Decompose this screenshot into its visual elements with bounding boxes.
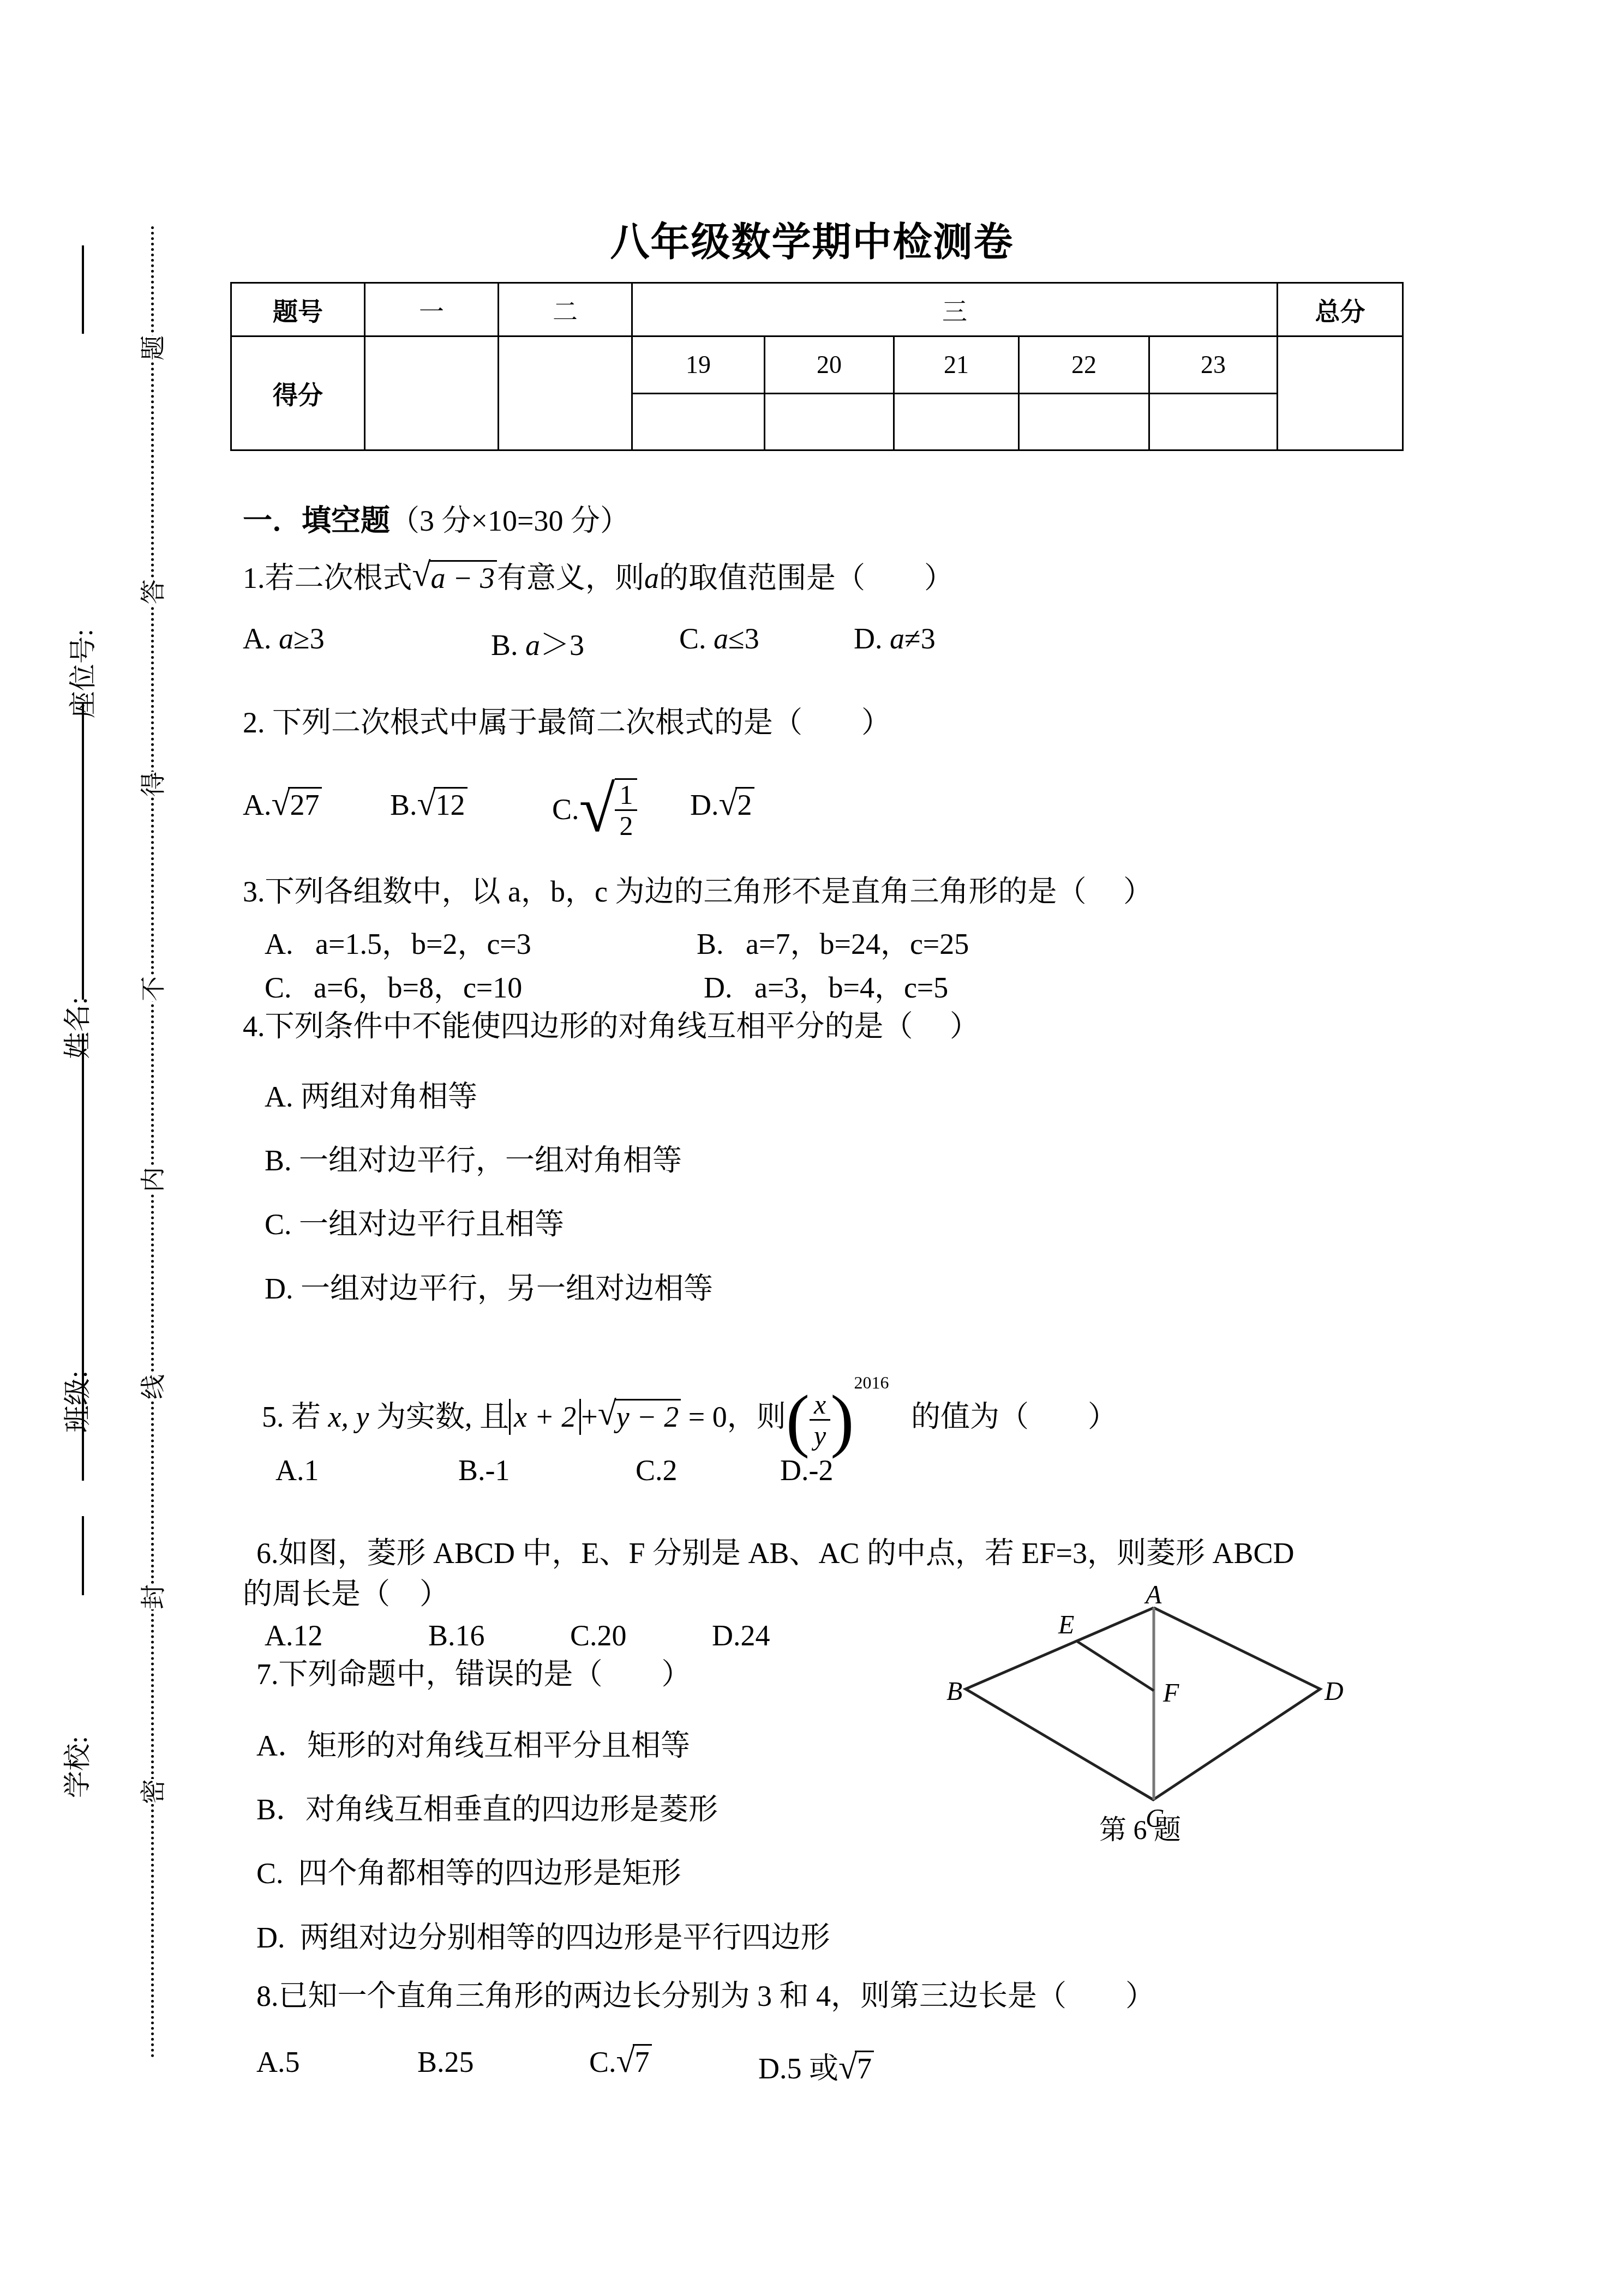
option-label: B.: [491, 629, 518, 662]
right-paren: ): [830, 1381, 854, 1459]
point-label-d: D: [1324, 1677, 1344, 1706]
sqrt-expression: 2: [719, 788, 754, 822]
q2-option-d[interactable]: D.2: [690, 788, 754, 822]
question-number: 3.: [243, 875, 265, 908]
score-cell-21[interactable]: [894, 393, 1019, 450]
q4-option-b[interactable]: B. 一组对边平行，一组对角相等: [265, 1137, 682, 1179]
option-text: 两组对角相等: [301, 1080, 477, 1113]
variable: a: [714, 622, 728, 655]
q4-option-c[interactable]: C. 一组对边平行且相等: [265, 1201, 564, 1243]
radicand: a − 3: [429, 560, 497, 594]
question-3: 3.下列各组数中，以 a，b，c 为边的三角形不是直角三角形的是（ ）: [243, 875, 1153, 908]
option-text: ≥3: [293, 622, 325, 655]
seal-char: 线: [141, 1374, 166, 1399]
q1-option-b[interactable]: B. a＞3: [491, 622, 584, 664]
q3-option-a[interactable]: A. a=1.5，b=2，c=3: [265, 921, 531, 963]
question-text: 为实数, 且: [376, 1401, 509, 1433]
sub-question-20: 20: [765, 336, 894, 393]
sqrt-expression: 7: [838, 2052, 874, 2085]
option-label: D.: [854, 622, 883, 655]
plus-sign: +: [581, 1401, 597, 1433]
option-label: D.: [256, 1921, 285, 1954]
score-cell-23[interactable]: [1149, 393, 1278, 450]
q3-option-d[interactable]: D. a=3，b=4，c=5: [704, 964, 948, 1006]
header-section-3: 三: [632, 283, 1278, 336]
option-text: ≤3: [728, 622, 759, 655]
question-text: 如图，菱形 ABCD 中，E、F 分别是 AB、AC 的中点，若 EF=3，则菱…: [279, 1537, 1295, 1570]
score-cell-total[interactable]: [1278, 336, 1403, 450]
option-label: A.: [265, 928, 293, 960]
radicand: 27: [288, 787, 322, 821]
sqrt-sign-icon: √: [579, 773, 615, 845]
option-text: 5: [285, 2046, 300, 2078]
sub-question-23: 23: [1149, 336, 1278, 393]
option-text: -2: [809, 1454, 834, 1487]
option-label: A.: [265, 1619, 293, 1652]
option-label: B.: [417, 2046, 445, 2078]
q5-option-b[interactable]: B.-1: [458, 1453, 510, 1487]
variable: a: [525, 629, 540, 662]
question-number: 2.: [243, 706, 265, 739]
sqrt-expression: 7: [616, 2045, 652, 2079]
q4-option-a[interactable]: A. 两组对角相等: [265, 1073, 477, 1115]
q1-option-d[interactable]: D. a≠3: [854, 622, 936, 656]
question-number: 7.: [256, 1658, 279, 1691]
question-text: = 0，则: [688, 1401, 786, 1433]
question-2: 2. 下列二次根式中属于最简二次根式的是（ ）: [243, 706, 891, 739]
variables: x, y: [328, 1401, 369, 1433]
left-paren: (: [786, 1381, 810, 1459]
fraction: 12: [615, 778, 637, 840]
option-label: D.: [758, 2052, 787, 2085]
seal-char: 得: [141, 772, 166, 797]
question-text: 下列二次根式中属于最简二次根式的是（ ）: [272, 706, 891, 739]
question-6: 6.如图，菱形 ABCD 中，E、F 分别是 AB、AC 的中点，若 EF=3，…: [256, 1537, 1295, 1570]
seal-char: 密: [141, 1779, 166, 1804]
q3-option-b[interactable]: B. a=7，b=24，c=25: [697, 921, 969, 963]
q2-option-b[interactable]: B.12: [390, 788, 468, 822]
question-8: 8.已知一个直角三角形的两边长分别为 3 和 4，则第三边长是（ ）: [256, 1980, 1155, 2012]
option-label: C.: [552, 793, 579, 826]
figure-caption: 第 6 题: [1099, 1808, 1181, 1847]
option-label: C.: [265, 1208, 292, 1241]
option-text: ＞3: [540, 629, 584, 662]
q7-option-a[interactable]: A．矩形的对角线互相平分且相等: [256, 1722, 690, 1764]
q7-option-c[interactable]: C. 四个角都相等的四边形是矩形: [256, 1850, 681, 1892]
question-number: 5.: [262, 1401, 284, 1433]
q5-option-a[interactable]: A.1: [275, 1453, 319, 1487]
option-text: a=3，b=4，c=5: [754, 971, 948, 1004]
seal-char: 不: [141, 976, 166, 1001]
option-label: C.: [636, 1454, 663, 1487]
q1-option-a[interactable]: A. a≥3: [243, 622, 325, 656]
question-number: 8.: [256, 1980, 279, 2012]
numerator: x: [810, 1390, 830, 1421]
option-label: B.: [697, 928, 724, 960]
seal-char: 题: [141, 335, 166, 360]
q8-option-b[interactable]: B.25: [417, 2045, 474, 2079]
option-text: 24: [741, 1619, 770, 1652]
q2-option-c[interactable]: C.√12: [552, 772, 637, 847]
question-text: 下列命题中，错误的是（ ）: [279, 1658, 691, 1691]
option-text: 矩形的对角线互相平分且相等: [307, 1729, 690, 1762]
option-text: 一组对边平行，一组对角相等: [299, 1144, 682, 1177]
section-score-note: （3 分×10=30 分）: [390, 504, 630, 537]
q5-option-c[interactable]: C.2: [636, 1453, 678, 1487]
question-6-line-2: 的周长是（ ）: [243, 1578, 449, 1610]
option-label: D.: [780, 1454, 809, 1487]
question-number: 1.: [243, 562, 265, 594]
question-7: 7.下列命题中，错误的是（ ）: [256, 1658, 691, 1691]
option-text: 对角线互相垂直的四边形是菱形: [305, 1793, 718, 1826]
fraction: xy: [810, 1390, 830, 1450]
point-label-a: A: [1144, 1580, 1162, 1609]
option-text: 2: [663, 1454, 678, 1487]
sub-question-21: 21: [894, 336, 1019, 393]
q3-option-c[interactable]: C. a=6，b=8，c=10: [265, 964, 522, 1006]
option-text: a=1.5，b=2，c=3: [315, 928, 531, 960]
q8-option-c[interactable]: C.7: [589, 2045, 652, 2079]
option-label: A.: [243, 789, 272, 821]
option-label: A．: [256, 1729, 307, 1762]
point-label-b: B: [946, 1677, 962, 1706]
name-line[interactable]: [82, 702, 84, 1000]
score-table: 题号 一 二 三 总分 得分 19 20 21 22 23: [230, 282, 1404, 451]
option-label: C.: [589, 2046, 616, 2078]
option-label: D.: [712, 1619, 741, 1652]
variable: a: [644, 562, 659, 594]
exponent: 2016: [854, 1373, 889, 1392]
question-text: 的取值范围是（ ）: [659, 562, 954, 594]
question-text: 下列各组数中，以 a，b，c 为边的三角形不是直角三角形的是（ ）: [265, 875, 1153, 908]
segment-ef: [1077, 1642, 1154, 1691]
option-label: D.: [690, 789, 719, 821]
q4-option-d[interactable]: D. 一组对边平行，另一组对边相等: [265, 1265, 713, 1307]
seal-char: 内: [141, 1167, 166, 1192]
seal-char: 答: [141, 579, 166, 604]
option-text: 5 或: [787, 2052, 839, 2085]
q7-option-d[interactable]: D. 两组对边分别相等的四边形是平行四边形: [256, 1914, 830, 1956]
sub-question-22: 22: [1019, 336, 1149, 393]
sqrt-expression: a − 3: [412, 562, 497, 594]
option-label: C.: [265, 971, 292, 1004]
question-5: 5. 若 x, y 为实数, 且x + 2+y − 2 = 0，则(xy)201…: [262, 1344, 1117, 1456]
sqrt-expression: 27: [272, 788, 322, 822]
radicand: y − 2: [614, 1399, 681, 1433]
option-label: D.: [265, 1272, 293, 1305]
option-text: 四个角都相等的四边形是矩形: [298, 1857, 681, 1890]
score-cell-section-2[interactable]: [499, 336, 632, 450]
sqrt-expression: y − 2: [598, 1379, 681, 1455]
score-label: 得分: [231, 336, 365, 450]
question-number: 6.: [256, 1537, 279, 1570]
option-text: 25: [445, 2046, 474, 2078]
option-label: B.: [458, 1454, 486, 1487]
denominator: 2: [619, 811, 633, 840]
header-total: 总分: [1278, 283, 1403, 336]
option-label: C.: [570, 1619, 597, 1652]
q6-option-c[interactable]: C.20: [570, 1619, 627, 1652]
q2-option-a[interactable]: A.27: [243, 788, 322, 822]
absolute-value: x + 2: [509, 1399, 581, 1435]
q1-option-c[interactable]: C. a≤3: [679, 622, 759, 656]
option-label: A.: [265, 1080, 293, 1113]
question-text: 下列条件中不能使四边形的对角线互相平分的是（ ）: [265, 1010, 980, 1043]
seal-char: 封: [141, 1584, 166, 1609]
q6-option-b[interactable]: B.16: [428, 1619, 485, 1652]
option-text: -1: [486, 1454, 510, 1487]
sub-question-19: 19: [632, 336, 765, 393]
class-line[interactable]: [82, 1516, 84, 1595]
radicand: 12: [434, 787, 468, 821]
score-cell-19[interactable]: [632, 393, 765, 450]
score-cell-section-1[interactable]: [365, 336, 499, 450]
point-label-e: E: [1058, 1610, 1074, 1639]
option-label: B．: [256, 1793, 305, 1826]
option-text: ≠3: [904, 622, 936, 655]
option-text: 16: [456, 1619, 485, 1652]
option-text: 一组对边平行且相等: [299, 1208, 564, 1241]
q7-option-b[interactable]: B．对角线互相垂直的四边形是菱形: [256, 1786, 718, 1828]
question-4: 4.下列条件中不能使四边形的对角线互相平分的是（ ）: [243, 1010, 979, 1043]
score-cell-22[interactable]: [1019, 393, 1149, 450]
score-cell-20[interactable]: [765, 393, 894, 450]
option-text: 一组对边平行，另一组对边相等: [301, 1272, 713, 1305]
option-label: B.: [428, 1619, 456, 1652]
sqrt-expression: 12: [417, 788, 468, 822]
option-label: A.: [256, 2046, 285, 2078]
point-label-f: F: [1162, 1679, 1179, 1708]
radicand: 7: [633, 2044, 652, 2078]
option-text: 1: [304, 1454, 319, 1487]
option-label: B.: [265, 1144, 292, 1177]
q5-option-d[interactable]: D.-2: [780, 1453, 833, 1487]
option-label: B.: [390, 789, 417, 821]
option-text: 两组对边分别相等的四边形是平行四边形: [300, 1921, 830, 1954]
numerator: 1: [615, 780, 637, 811]
page-title: 八年级数学期中检测卷: [0, 210, 1624, 267]
variable: a: [279, 622, 293, 655]
section-heading: 一．填空题（3 分×10=30 分）: [243, 497, 630, 539]
q6-option-a[interactable]: A.12: [265, 1619, 323, 1652]
q6-option-d[interactable]: D.24: [712, 1619, 770, 1652]
option-text: 12: [293, 1619, 323, 1652]
option-text: a=7，b=24，c=25: [746, 928, 969, 960]
option-label: C.: [256, 1857, 284, 1890]
class-label: 班级:: [64, 1371, 91, 1433]
radicand: 2: [735, 787, 754, 821]
denominator: y: [814, 1421, 826, 1450]
question-text: 已知一个直角三角形的两边长分别为 3 和 4，则第三边长是（ ）: [279, 1980, 1155, 2012]
q8-option-d[interactable]: D.5 或7: [758, 2045, 874, 2087]
question-text: 若: [291, 1401, 321, 1433]
name-label: 姓名:: [64, 997, 91, 1059]
header-label: 题号: [231, 283, 365, 336]
q8-option-a[interactable]: A.5: [256, 2045, 300, 2079]
header-section-2: 二: [499, 283, 632, 336]
option-label: C.: [679, 622, 706, 655]
option-label: D.: [704, 971, 733, 1004]
rhombus-abcd: [966, 1608, 1320, 1800]
radicand: 7: [855, 2051, 874, 2085]
option-label: A.: [275, 1454, 304, 1487]
option-label: A.: [243, 622, 272, 655]
option-text: 20: [597, 1619, 627, 1652]
header-section-1: 一: [365, 283, 499, 336]
school-label: 学校:: [64, 1736, 91, 1798]
question-text: 有意义，则: [497, 562, 644, 594]
question-1: 1.若二次根式a − 3有意义，则a的取值范围是（ ）: [243, 562, 954, 594]
option-text: a=6，b=8，c=10: [314, 971, 522, 1004]
variable: a: [890, 622, 904, 655]
section-title: 一．填空题: [243, 504, 390, 537]
question-text: 的值为（ ）: [911, 1401, 1117, 1433]
question-number: 4.: [243, 1010, 265, 1043]
question-text: 若二次根式: [265, 562, 412, 594]
